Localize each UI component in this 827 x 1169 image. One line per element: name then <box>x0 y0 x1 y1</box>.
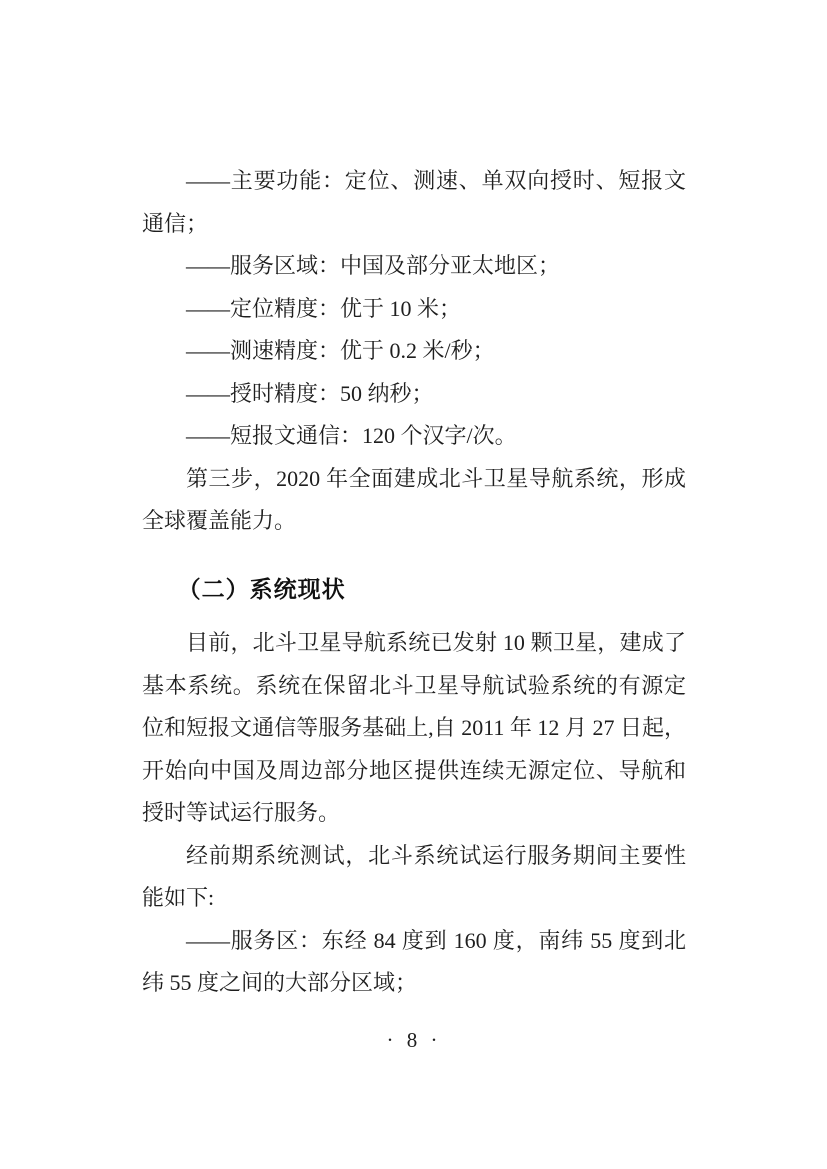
body-line: 经前期系统测试，北斗系统试运行服务期间主要性 <box>142 835 686 878</box>
body-line: 位和短报文通信等服务基础上,自 2011 年 12 月 27 日起， <box>142 707 686 750</box>
body-line: 开始向中国及周边部分地区提供连续无源定位、导航和 <box>142 750 686 793</box>
body-line: ——主要功能：定位、测速、单双向授时、短报文 <box>142 160 686 203</box>
body-line: 目前，北斗卫星导航系统已发射 10 颗卫星，建成了 <box>142 622 686 665</box>
body-line: ——服务区：东经 84 度到 160 度，南纬 55 度到北 <box>142 920 686 963</box>
body-line: 纬 55 度之间的大部分区域； <box>142 962 686 1005</box>
section-heading: （二）系统现状 <box>142 568 686 611</box>
body-line: ——授时精度：50 纳秒； <box>142 373 686 416</box>
body-line: ——测速精度：优于 0.2 米/秒； <box>142 330 686 373</box>
body-line: ——短报文通信：120 个汉字/次。 <box>142 415 686 458</box>
body-line: 基本系统。系统在保留北斗卫星导航试验系统的有源定 <box>142 665 686 708</box>
text-block: ——主要功能：定位、测速、单双向授时、短报文 通信； ——服务区域：中国及部分亚… <box>142 160 686 1055</box>
body-line: 全球覆盖能力。 <box>142 500 686 543</box>
body-line: ——服务区域：中国及部分亚太地区； <box>142 245 686 288</box>
body-line: 第三步，2020 年全面建成北斗卫星导航系统，形成 <box>142 458 686 501</box>
document-page: ——主要功能：定位、测速、单双向授时、短报文 通信； ——服务区域：中国及部分亚… <box>0 0 827 1169</box>
body-line: 通信； <box>142 203 686 246</box>
body-line: 能如下: <box>142 877 686 920</box>
page-number: · 8 · <box>142 1025 686 1055</box>
body-line: ——定位精度：优于 10 米； <box>142 288 686 331</box>
body-line: 授时等试运行服务。 <box>142 792 686 835</box>
